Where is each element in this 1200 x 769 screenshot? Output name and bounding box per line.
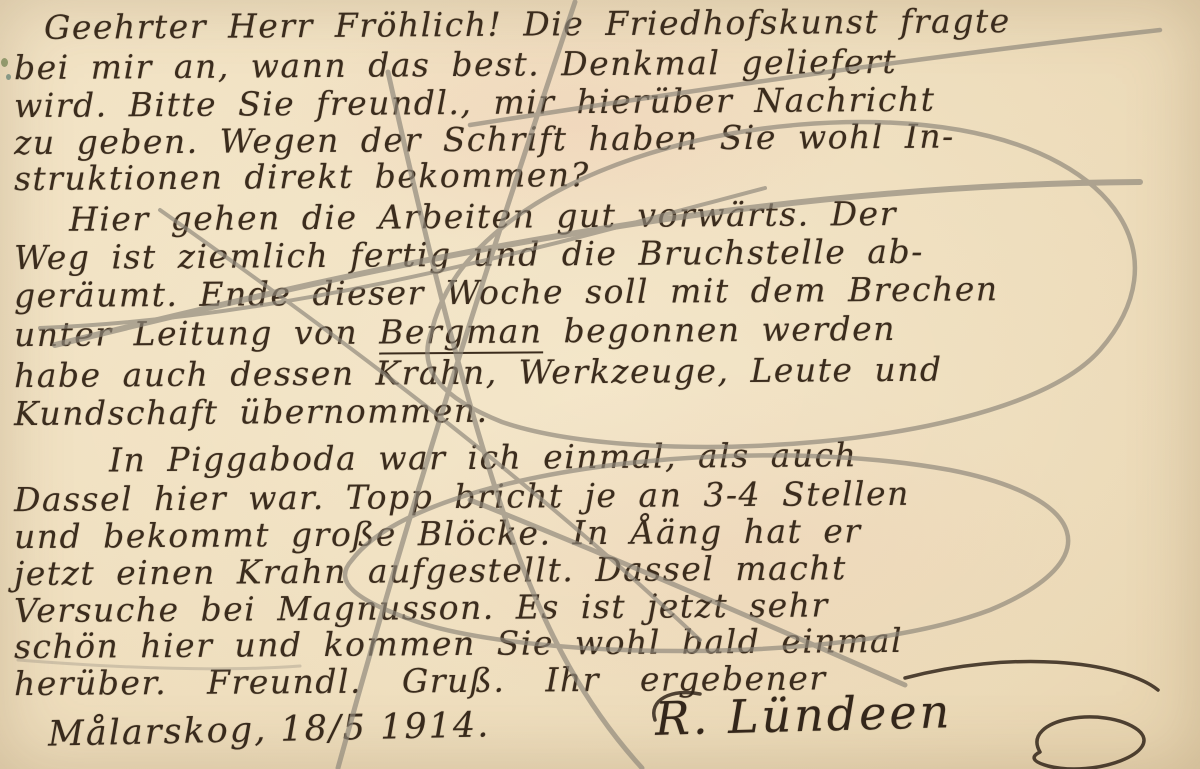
letter-line: Kundschaft übernommen. xyxy=(14,386,1192,433)
signature: R. Lündeen xyxy=(654,684,953,746)
postcard: { "document": { "kind": "Handwritten pos… xyxy=(0,0,1200,769)
letter-line: struktionen direkt bekommen? xyxy=(14,151,1192,198)
stamp-remnant-speck xyxy=(1,58,8,67)
stamp-remnant-speck xyxy=(6,74,11,80)
letter-text: unter Leitung von xyxy=(14,313,379,355)
letter-text: begonnen werden xyxy=(542,309,896,350)
dateline: Målarskog, 18/5 1914. xyxy=(48,705,491,754)
letter-line-bergman: unter Leitung von Bergman begonnen werde… xyxy=(14,307,1192,354)
letter-line: Geehrter Herr Fröhlich! Die Friedhofskun… xyxy=(14,0,1192,47)
underlined-name-bergman: Bergman xyxy=(379,311,543,354)
letter-line-closing: herüber. Freundl. Gruß. Ihr ergebener xyxy=(14,656,1192,703)
